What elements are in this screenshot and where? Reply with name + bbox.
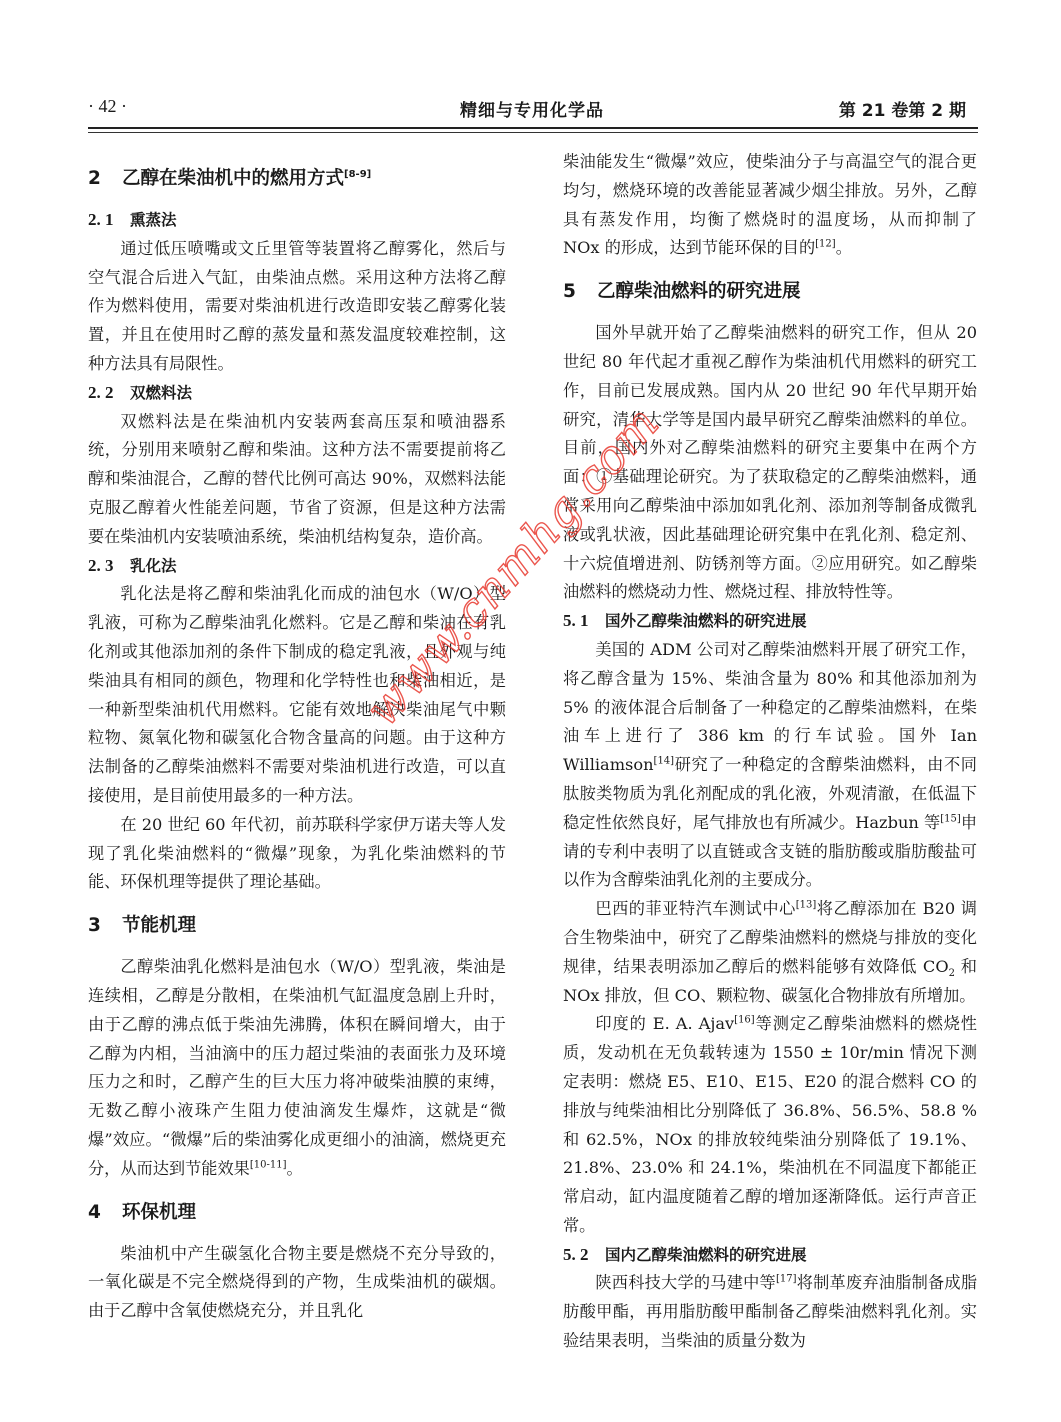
paragraph: 美国的 ADM 公司对乙醇柴油燃料开展了研究工作，将乙醇含量为 15%、柴油含量… [563,636,977,895]
citation: [17] [776,1274,797,1285]
citation: [10-11] [250,1159,287,1170]
subsection-heading-2-2: 2. 2双燃料法 [88,379,506,408]
right-column: 柴油能发生“微爆”效应，使柴油分子与高温空气的混合更均匀，燃烧环境的改善能显著减… [563,148,977,1356]
section-heading-2: 2乙醇在柴油机中的燃用方式[8-9] [88,164,506,194]
paragraph: 在 20 世纪 60 年代初，前苏联科学家伊万诺夫等人发现了乳化柴油燃料的“微爆… [88,811,506,897]
paragraph: 柴油能发生“微爆”效应，使柴油分子与高温空气的混合更均匀，燃烧环境的改善能显著减… [563,148,977,263]
paragraph: 双燃料法是在柴油机内安装两套高压泵和喷油器系统，分别用来喷射乙醇和柴油。这种方法… [88,408,506,552]
running-header: · 42 · 精细与专用化学品 第 21 卷第 2 期 [88,96,976,120]
paragraph: 通过低压喷嘴或文丘里管等装置将乙醇雾化，然后与空气混合后进入气缸，由柴油点燃。采… [88,235,506,379]
paragraph: 国外早就开始了乙醇柴油燃料的研究工作，但从 20 世纪 80 年代起才重视乙醇作… [563,319,977,607]
citation: [13] [796,900,817,911]
paragraph: 陕西科技大学的马建中等[17]将制革废弃油脂制备成脂肪酸甲酯，再用脂肪酸甲酯制备… [563,1269,977,1355]
section-heading-4: 4环保机理 [88,1198,506,1228]
subsection-heading-5-1: 5. 1国外乙醇柴油燃料的研究进展 [563,607,977,636]
section-heading-5: 5乙醇柴油燃料的研究进展 [563,277,977,307]
left-column: 2乙醇在柴油机中的燃用方式[8-9] 2. 1熏蒸法 通过低压喷嘴或文丘里管等装… [88,150,506,1326]
volume-issue: 第 21 卷第 2 期 [839,96,966,121]
header-rule-thin [88,132,978,133]
citation: [15] [940,813,961,824]
subsection-heading-5-2: 5. 2国内乙醇柴油燃料的研究进展 [563,1241,977,1270]
paragraph: 乳化法是将乙醇和柴油乳化而成的油包水（W/O）型乳液，可称为乙醇柴油乳化燃料。它… [88,580,506,810]
citation: [8-9] [344,169,371,180]
paragraph: 印度的 E. A. Ajav[16]等测定乙醇柴油燃料的燃烧性质，发动机在无负载… [563,1010,977,1240]
header-rule-thick [88,127,978,129]
citation: [14] [654,756,675,767]
paragraph: 巴西的菲亚特汽车测试中心[13]将乙醇添加在 B20 调合生物柴油中，研究了乙醇… [563,895,977,1010]
subsection-heading-2-3: 2. 3乳化法 [88,552,506,581]
citation: [16] [734,1015,755,1026]
paragraph: 柴油机中产生碳氢化合物主要是燃烧不充分导致的，一氧化碳是不完全燃烧得到的产物，生… [88,1240,506,1326]
paragraph: 乙醇柴油乳化燃料是油包水（W/O）型乳液，柴油是连续相，乙醇是分散相，在柴油机气… [88,953,506,1183]
citation: [12] [815,239,836,250]
subsection-heading-2-1: 2. 1熏蒸法 [88,206,506,235]
section-heading-3: 3节能机理 [88,911,506,941]
